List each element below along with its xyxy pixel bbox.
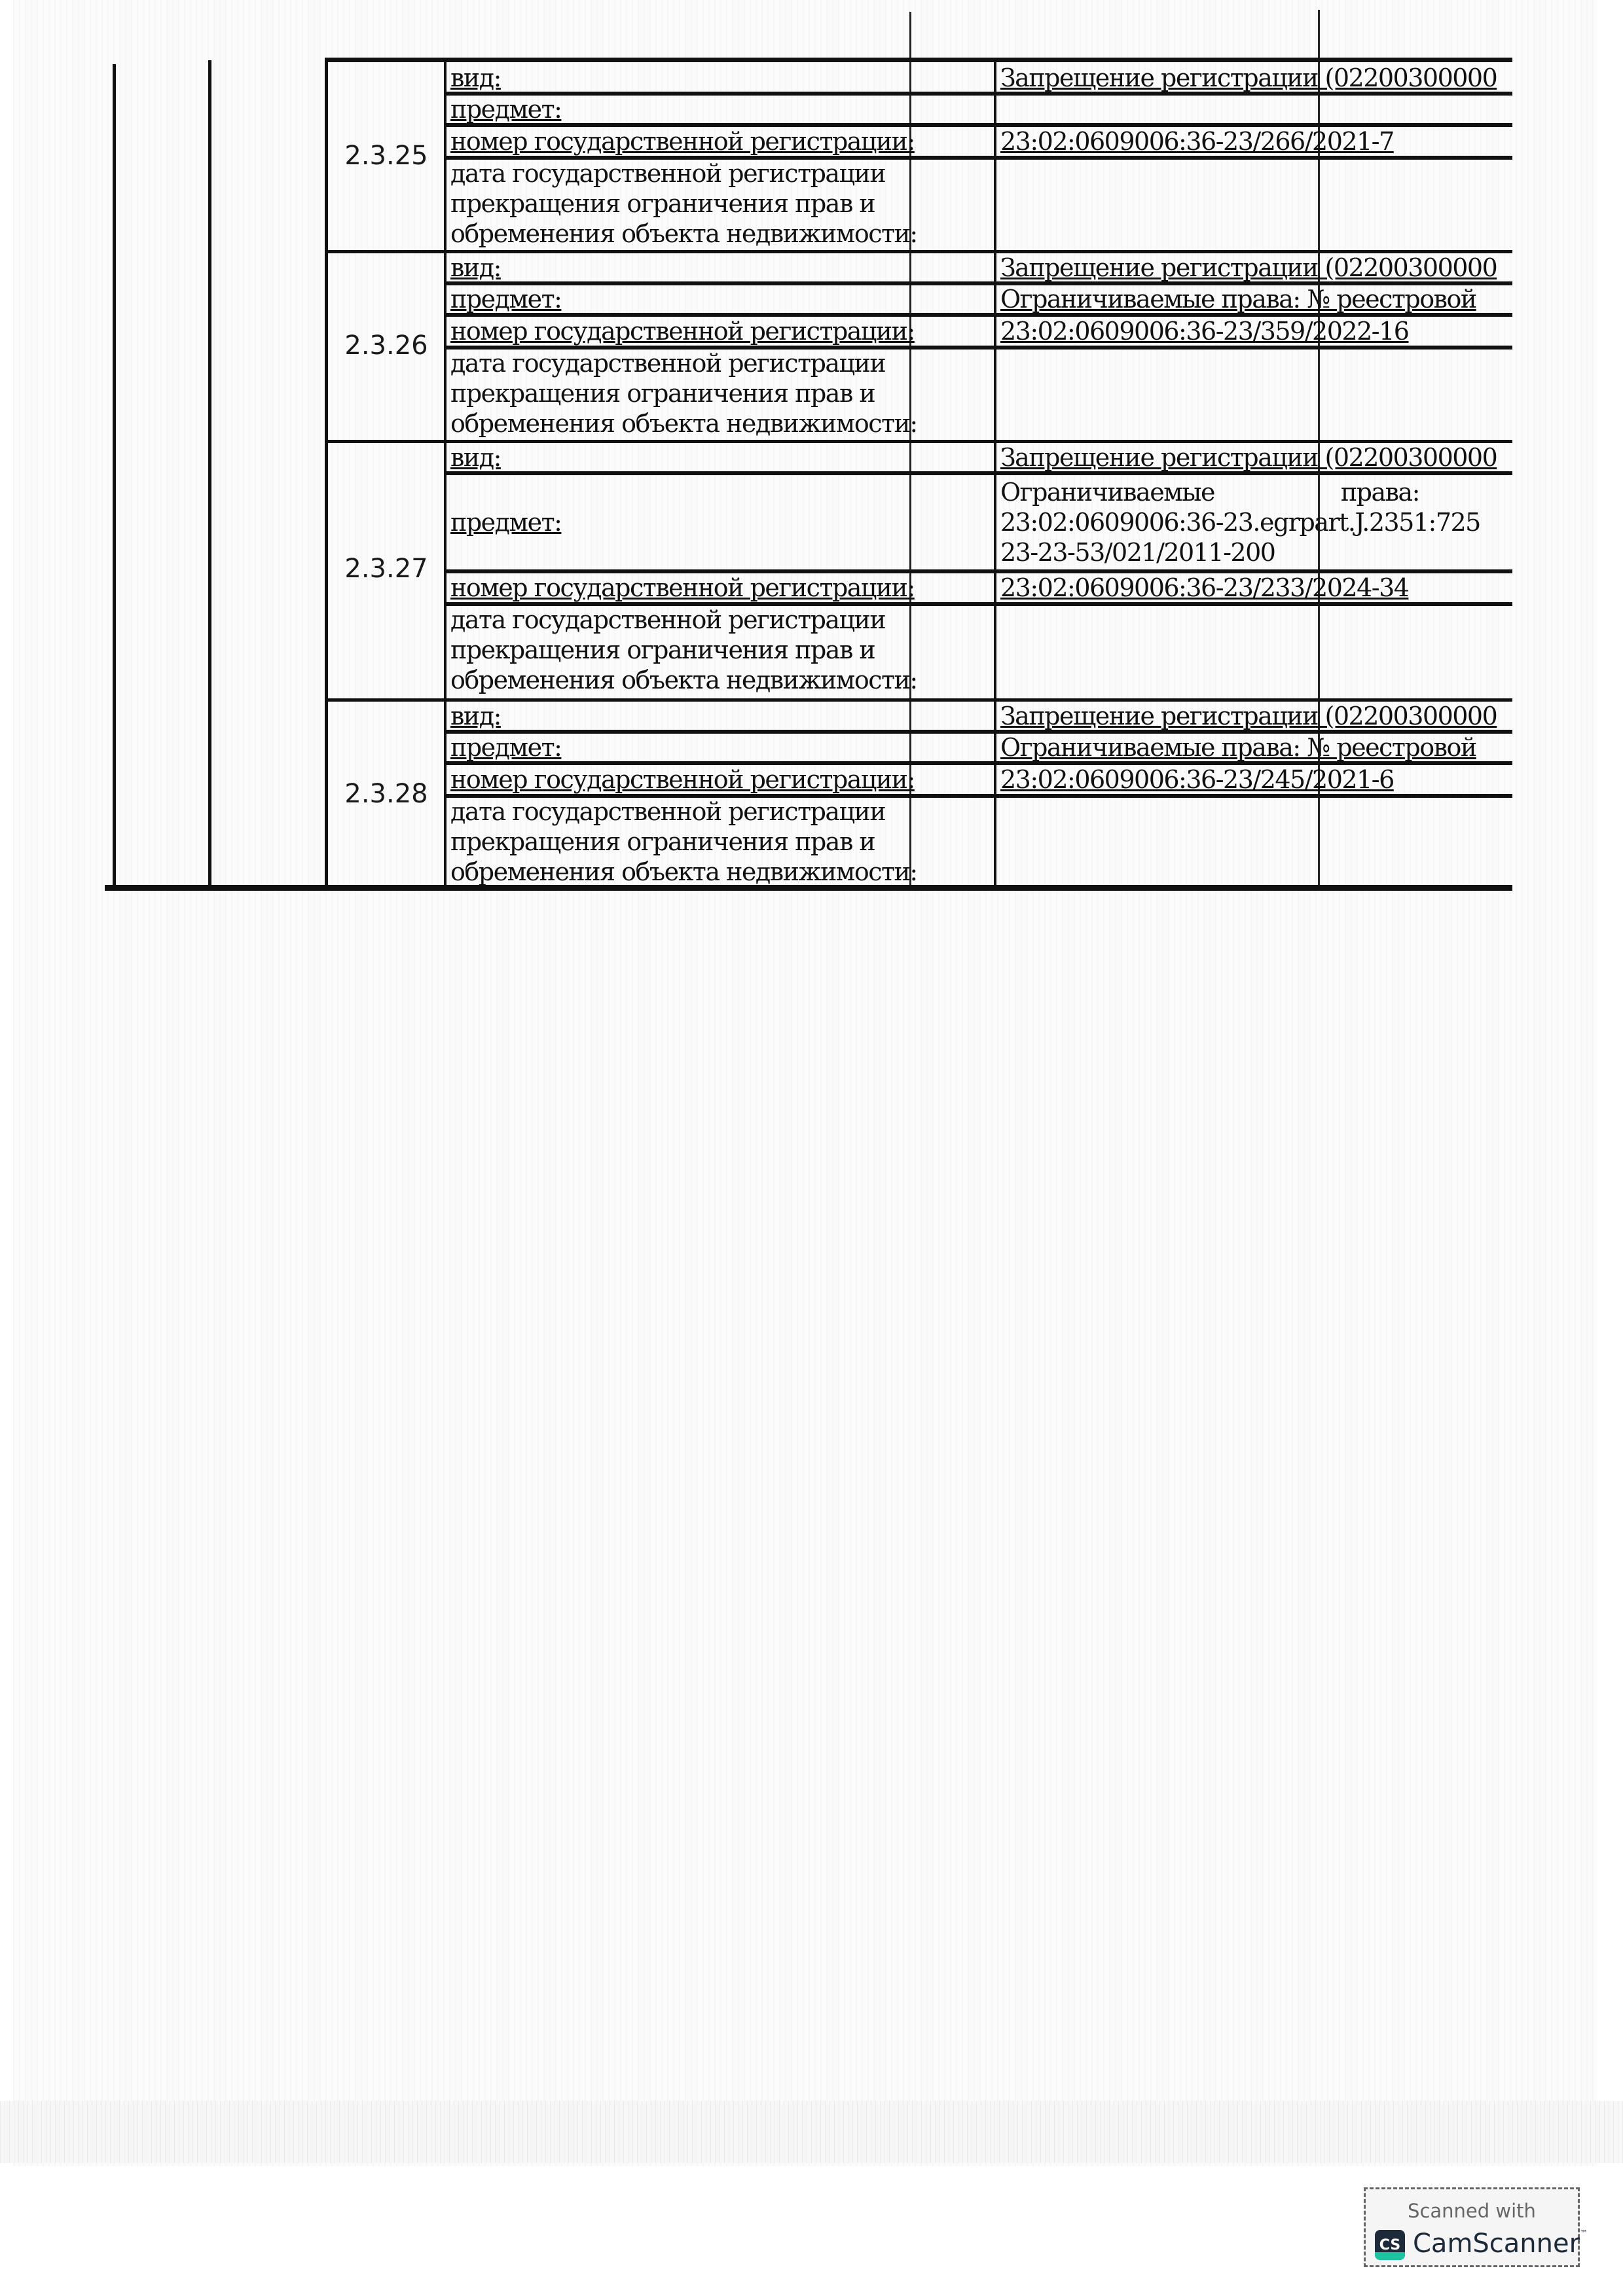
record-group: 2.3.25вид:Запрещение регистрации (022003… xyxy=(327,62,1512,249)
table-row: предмет:Ограничиваемые права: № реестров… xyxy=(445,283,1512,315)
field-label: номер государственной регистрации: xyxy=(445,315,989,348)
table-row: предмет:Ограничиваемые права: № реестров… xyxy=(445,732,1512,763)
camscanner-brand: CamScanner™ xyxy=(1413,2229,1588,2259)
field-value: Ограничиваемые права: № реестровой xyxy=(995,283,1512,315)
record-group: 2.3.27вид:Запрещение регистрации (022003… xyxy=(327,442,1512,696)
table-row: номер государственной регистрации:23:02:… xyxy=(445,315,1512,348)
field-value xyxy=(995,158,1512,249)
field-label: предмет: xyxy=(445,473,989,571)
camscanner-logo-icon: CS xyxy=(1375,2230,1405,2260)
table-row: номер государственной регистрации:23:02:… xyxy=(445,763,1512,796)
table-row: вид:Запрещение регистрации (02200300000 xyxy=(445,700,1512,732)
field-label: дата государственной регистрации прекращ… xyxy=(445,604,989,696)
field-label: предмет: xyxy=(445,283,989,315)
field-value: 23:02:0609006:36-23/233/2024-34 xyxy=(995,571,1512,604)
group-divider xyxy=(327,250,1512,253)
scan-bottom-artifacts xyxy=(0,2101,1623,2163)
table-row: предмет:Ограничиваемыеправа:23:02:060900… xyxy=(445,473,1512,571)
table-row: вид:Запрещение регистрации (02200300000 xyxy=(445,252,1512,283)
table-top-border xyxy=(325,58,1512,62)
field-value: 23:02:0609006:36-23/266/2021-7 xyxy=(995,125,1512,158)
field-label: дата государственной регистрации прекращ… xyxy=(445,796,989,888)
record-group: 2.3.28вид:Запрещение регистрации (022003… xyxy=(327,700,1512,888)
field-value: Ограничиваемые права: № реестровой xyxy=(995,732,1512,763)
field-label: предмет: xyxy=(445,732,989,763)
field-label: дата государственной регистрации прекращ… xyxy=(445,158,989,249)
field-value: Запрещение регистрации (02200300000 xyxy=(995,252,1512,283)
field-label: вид: xyxy=(445,62,989,94)
field-label: предмет: xyxy=(445,94,989,125)
value-line: 23:02:0609006:36-23.egrpart.J.2351:725 xyxy=(1000,507,1480,537)
field-value xyxy=(995,796,1512,888)
field-label: дата государственной регистрации прекращ… xyxy=(445,348,989,439)
table-row: предмет: xyxy=(445,94,1512,125)
field-value: 23:02:0609006:36-23/359/2022-16 xyxy=(995,315,1512,348)
table-rule xyxy=(113,64,116,890)
field-value: Ограничиваемыеправа:23:02:0609006:36-23.… xyxy=(995,473,1512,571)
table-row: дата государственной регистрации прекращ… xyxy=(445,348,1512,439)
table-row: вид:Запрещение регистрации (02200300000 xyxy=(445,62,1512,94)
value-text: Ограничиваемые xyxy=(1000,477,1214,507)
record-number: 2.3.25 xyxy=(327,62,445,249)
value-line: Ограничиваемыеправа: xyxy=(1000,477,1419,507)
table-row: номер государственной регистрации:23:02:… xyxy=(445,125,1512,158)
group-divider xyxy=(327,698,1512,702)
table-row: дата государственной регистрации прекращ… xyxy=(445,796,1512,888)
field-label: номер государственной регистрации: xyxy=(445,571,989,604)
record-number: 2.3.27 xyxy=(327,442,445,696)
table-row: дата государственной регистрации прекращ… xyxy=(445,158,1512,249)
record-group: 2.3.26вид:Запрещение регистрации (022003… xyxy=(327,252,1512,439)
value-line: 23-23-53/021/2011-200 xyxy=(1000,537,1275,567)
field-label: вид: xyxy=(445,442,989,473)
table-row: дата государственной регистрации прекращ… xyxy=(445,604,1512,696)
field-label: номер государственной регистрации: xyxy=(445,125,989,158)
scanned-with-text: Scanned with xyxy=(1366,2200,1578,2222)
field-label: вид: xyxy=(445,700,989,732)
record-number: 2.3.26 xyxy=(327,252,445,439)
field-value: Запрещение регистрации (02200300000 xyxy=(995,442,1512,473)
group-divider xyxy=(327,440,1512,443)
field-value: Запрещение регистрации (02200300000 xyxy=(995,62,1512,94)
table-rule xyxy=(208,60,211,890)
field-label: номер государственной регистрации: xyxy=(445,763,989,796)
field-value xyxy=(995,94,1512,125)
table-row: номер государственной регистрации:23:02:… xyxy=(445,571,1512,604)
camscanner-watermark: Scanned with CS CamScanner™ xyxy=(1364,2187,1580,2267)
value-text: права: xyxy=(1341,477,1419,507)
record-number: 2.3.28 xyxy=(327,700,445,888)
field-value xyxy=(995,604,1512,696)
field-value xyxy=(995,348,1512,439)
field-value: Запрещение регистрации (02200300000 xyxy=(995,700,1512,732)
table-row: вид:Запрещение регистрации (02200300000 xyxy=(445,442,1512,473)
field-value: 23:02:0609006:36-23/245/2021-6 xyxy=(995,763,1512,796)
field-label: вид: xyxy=(445,252,989,283)
